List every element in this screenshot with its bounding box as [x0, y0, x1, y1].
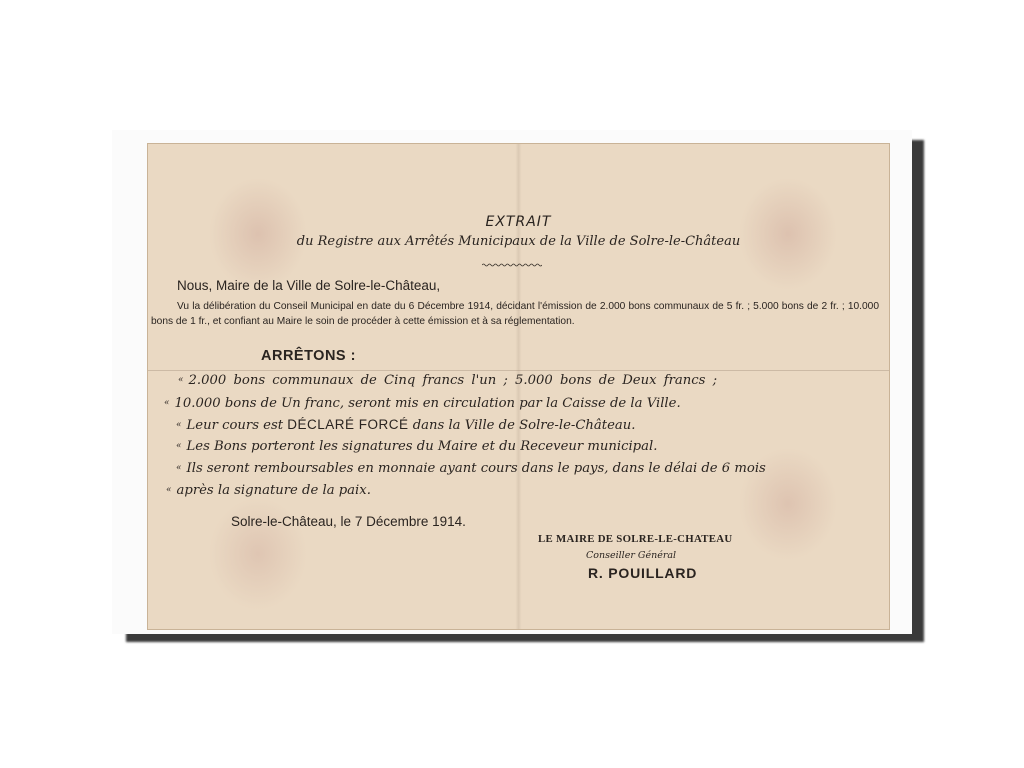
- forced-tender-emphasis: DÉCLARÉ FORCÉ: [287, 417, 408, 432]
- quote-mark: «: [164, 398, 170, 408]
- quote-mark: «: [166, 485, 172, 495]
- ornament-divider: [482, 263, 542, 267]
- article-line: «2.000 bons communaux de Cinq francs l'u…: [178, 373, 717, 388]
- quote-mark: «: [176, 463, 182, 473]
- opening-line: Nous, Maire de la Ville de Solre-le-Chât…: [177, 278, 440, 293]
- article-line: «10.000 bons de Un franc, seront mis en …: [164, 396, 681, 411]
- signatory-role: Conseiller Général: [586, 550, 676, 561]
- signatory-name: R. POUILLARD: [588, 565, 697, 581]
- article-line: «Leur cours est DÉCLARÉ FORCÉ dans la Vi…: [176, 417, 635, 433]
- article-line: «Ils seront remboursables en monnaie aya…: [176, 461, 766, 476]
- quote-mark: «: [178, 375, 184, 385]
- article-line: «Les Bons porteront les signatures du Ma…: [176, 439, 657, 454]
- preamble-paragraph: Vu la délibération du Conseil Municipal …: [148, 299, 879, 329]
- place-date: Solre-le-Château, le 7 Décembre 1914.: [231, 514, 466, 529]
- document-title: EXTRAIT: [148, 214, 889, 230]
- signatory-title: LE MAIRE DE SOLRE-LE-CHATEAU: [538, 533, 732, 545]
- article-line: «après la signature de la paix.: [166, 483, 371, 498]
- document-subtitle: du Registre aux Arrêtés Municipaux de la…: [148, 234, 889, 249]
- fold-line: [148, 370, 889, 371]
- quote-mark: «: [176, 441, 182, 451]
- decree-heading: ARRÊTONS :: [261, 348, 356, 364]
- banknote-reverse: EXTRAIT du Registre aux Arrêtés Municipa…: [147, 143, 890, 630]
- quote-mark: «: [176, 420, 182, 430]
